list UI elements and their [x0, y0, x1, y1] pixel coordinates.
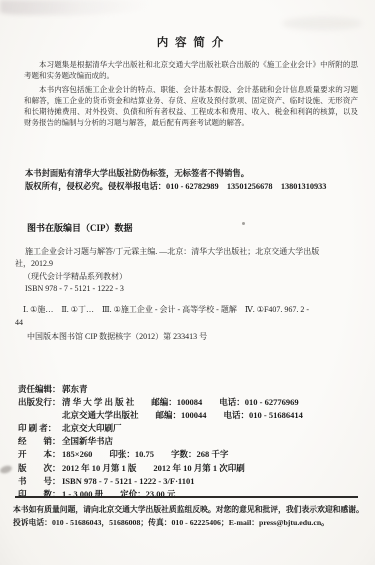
pub-row-book-number: 书 号：ISBN 978 - 7 - 5121 - 1222 - 3/F·110… — [18, 475, 368, 488]
copyright-warning-line: 版权所有，侵权必究。侵权举报电话：010 - 62782989 13501256… — [25, 180, 365, 193]
pub-value: 清 华 大 学 出 版 社 邮编：100084 电话：010 - 6277696… — [62, 397, 299, 407]
pub-label: 开 本： — [18, 448, 62, 461]
cip-data-section: 图书在版编目（CIP）数据 施工企业会计习题与解答/丁元霖主编. —北京：清华大… — [15, 222, 363, 344]
pub-label: 责任编辑： — [18, 383, 62, 396]
scan-smudge-top-right — [282, 17, 362, 30]
cip-header: 图书在版编目（CIP）数据 — [15, 222, 363, 235]
pub-value: 郭东青 — [62, 384, 88, 394]
pub-value: 全国新华书店 — [62, 436, 113, 446]
pub-row-format: 开 本：185×260 印张：10.75 字数：268 千字 — [18, 448, 368, 461]
pub-row-publisher-1: 出版发行：清 华 大 学 出 版 社 邮编：100084 电话：010 - 62… — [18, 396, 368, 409]
pub-row-edition: 版 次：2012 年 10 月第 1 版 2012 年 10 月第 1 次印刷 — [18, 462, 368, 475]
publication-info-section: 责任编辑：郭东青 出版发行：清 华 大 学 出 版 社 邮编：100084 电话… — [18, 383, 368, 501]
anti-piracy-notice: 本书封面贴有清华大学出版社防伪标签，无标签者不得销售。 版权所有，侵权必究。侵权… — [25, 167, 365, 193]
pub-row-editor: 责任编辑：郭东青 — [18, 383, 368, 396]
pub-row-publisher-2: 北京交通大学出版社 邮编：100044 电话：010 - 51686414 — [18, 409, 368, 422]
quality-notice-line-1: 本书如有质量问题，请向北京交通大学出版社质监组反映。对您的意见和批评，我们表示欢… — [13, 503, 369, 516]
quality-notice-line-2: 投诉电话：010 - 51686043，51686008；传真：010 - 62… — [13, 516, 369, 529]
quality-complaint-notice: 本书如有质量问题，请向北京交通大学出版社质监组反映。对您的意见和批评，我们表示欢… — [13, 503, 369, 529]
pub-value: 北京交大印刷厂 — [62, 423, 122, 433]
pub-label: 经 销： — [18, 435, 62, 448]
pub-row-printer: 印 刷 者：北京交大印刷厂 — [18, 422, 368, 435]
cip-series-title: （现代会计学精品系列教材） — [15, 271, 363, 284]
pub-value: 2012 年 10 月第 1 版 2012 年 10 月第 1 次印刷 — [62, 463, 245, 473]
cip-isbn: ISBN 978 - 7 - 5121 - 1222 - 3 — [15, 283, 363, 296]
pub-label: 印 数： — [18, 488, 62, 501]
cip-entry-line-2: 社，2012.9 — [15, 258, 363, 271]
book-copyright-page: 内 容 简 介 本习题集是根据清华大学出版社和北京交通大学出版社联合出版的《施工… — [0, 0, 375, 565]
scan-mark-left-margin — [0, 464, 13, 474]
pub-value: 北京交通大学出版社 邮编：100044 电话：010 - 51686414 — [62, 410, 303, 420]
cip-record-number: 中国版本图书馆 CIP 数据核字（2012）第 233413 号 — [15, 331, 363, 344]
divider-line — [15, 496, 358, 498]
pub-label: 印 刷 者： — [18, 422, 62, 435]
pub-row-print-run: 印 数：1 - 3 000 册 定价：23.00 元 — [18, 488, 368, 501]
content-summary-title: 内 容 简 介 — [24, 34, 358, 50]
pub-label: 版 次： — [18, 462, 62, 475]
pub-label: 出版发行： — [18, 396, 62, 409]
cip-classification-line-1: Ⅰ. ①施… Ⅱ. ①丁… Ⅲ. ①施工企业 - 会计 - 高等学校 - 题解 … — [15, 304, 363, 317]
pub-row-distributor: 经 销：全国新华书店 — [18, 435, 368, 448]
pub-label: 书 号： — [18, 475, 62, 488]
cip-classification-line-2: 44 — [15, 317, 363, 330]
scan-smudge-top-left — [0, 0, 150, 15]
content-summary-paragraph-2: 本书内容包括施工企业会计的特点、职能、会计基本假设、会计基础和会计信息质量要求的… — [24, 84, 358, 129]
cip-entry-line-1: 施工企业会计习题与解答/丁元霖主编. —北京：清华大学出版社；北京交通大学出版 — [15, 246, 363, 259]
content-summary-paragraph-1: 本习题集是根据清华大学出版社和北京交通大学出版社联合出版的《施工企业会计》中所附… — [24, 59, 358, 82]
pub-value: ISBN 978 - 7 - 5121 - 1222 - 3/F·1101 — [62, 476, 194, 486]
content-summary-section: 内 容 简 介 本习题集是根据清华大学出版社和北京交通大学出版社联合出版的《施工… — [24, 34, 358, 131]
anti-piracy-label-line: 本书封面贴有清华大学出版社防伪标签，无标签者不得销售。 — [25, 167, 365, 180]
pub-value: 185×260 印张：10.75 字数：268 千字 — [62, 449, 228, 459]
